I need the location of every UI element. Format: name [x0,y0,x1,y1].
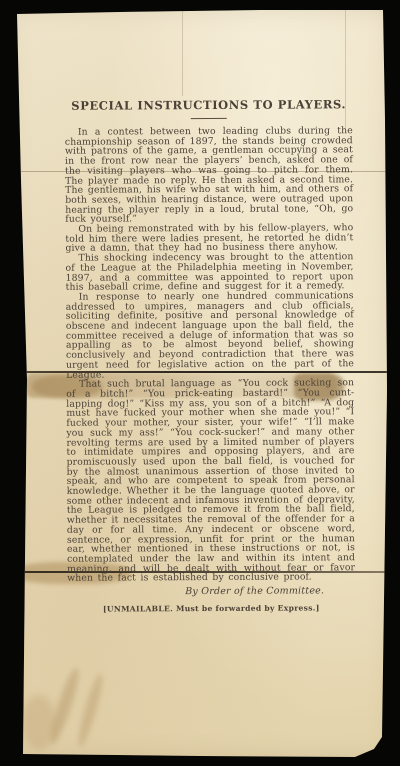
closing-line: By Order of the Committee. [185,585,355,597]
paragraph-remonstration: On being remonstrated with by his fellow… [65,223,353,254]
document-content: SPECIAL INSTRUCTIONS TO PLAYERS. In a co… [65,97,356,614]
paragraph-committee-findings: In response to nearly one hundred commun… [66,291,354,380]
paragraph-brutal-language: That such brutal language as “You cock s… [66,379,355,584]
paragraph-league-meeting: This shocking indecency was brought to t… [65,252,353,292]
stain-corner-bottom-left [22,695,56,750]
document-paper: SPECIAL INSTRUCTIONS TO PLAYERS. In a co… [0,0,400,766]
photo-background: SPECIAL INSTRUCTIONS TO PLAYERS. In a co… [0,0,400,766]
paragraph-incident: In a contest between two leading clubs d… [65,126,354,225]
title-divider [191,118,227,119]
stain-streak-bottom-left-2 [75,672,107,748]
document-title: SPECIAL INSTRUCTIONS TO PLAYERS. [65,97,353,113]
vertical-fold-crease-center [182,11,183,96]
mailing-notice: [UNMAILABLE. Must be forwarded by Expres… [67,603,355,614]
